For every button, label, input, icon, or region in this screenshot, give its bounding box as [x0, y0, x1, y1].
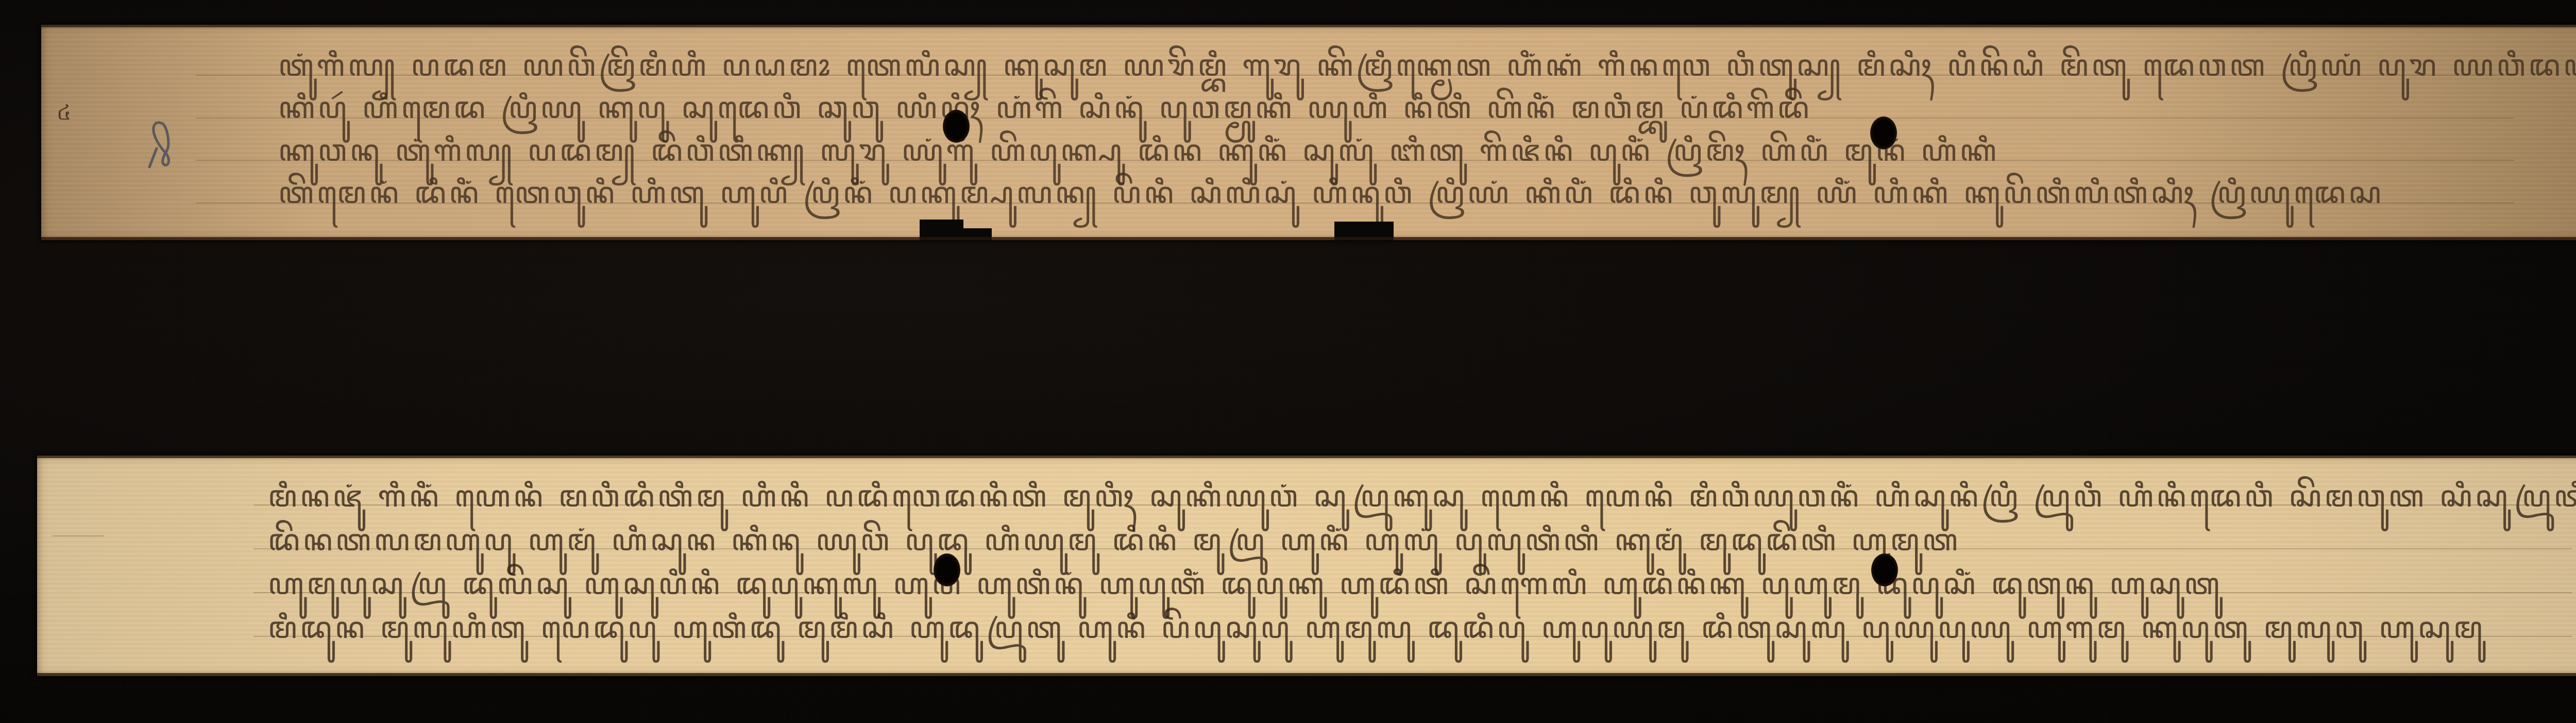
script-line-4: ꦩꦶꦢꦸꦤ ꦩꦸꦭꦸꦲꦶꦠꦸ ꦥꦺꦢꦸꦥꦸ ꦲꦸꦠꦶꦢꦸ ꦩꦸꦩꦶꦱꦶ ꦲꦸꦢꦸ… [268, 613, 2485, 643]
script-line-4: ꦠꦼꦩꦺꦤꦁ ꦢꦶꦤꦶꦁ ꦠꦺꦮꦸꦤꦶ ꦲꦶꦠꦸ ꦲꦸꦥꦶ ꦥꦿꦶꦤꦶꦁ ꦥꦏꦸ… [278, 178, 2384, 208]
script-line-1: ꦩꦶꦤꦗꦸꦁ ꦒꦶꦤꦶꦁ ꦲꦺꦤꦶ ꦩꦮꦶꦢꦶꦠꦶꦩꦸ ꦲꦶꦤꦶ ꦥꦢꦶꦮꦺꦢꦤ… [268, 481, 2576, 511]
palm-leaf-bottom: ꦩꦶꦤꦗꦸꦁ ꦒꦶꦤꦶꦁ ꦲꦺꦤꦶ ꦩꦮꦶꦢꦶꦠꦶꦩꦸ ꦲꦶꦤꦶ ꦥꦢꦶꦮꦺꦢꦤ… [37, 456, 2576, 676]
palm-leaf-top: ៤ ꦠꦸꦁꦒꦶꦭ꧀ ꦥꦢꦩ ꦪꦮꦼꦩꦿꦼꦩꦶꦲꦶ ꦥꦝꦩꦴ ꦠꦺꦭꦶꦱ꧀ ꦏꦸꦱ… [41, 25, 2576, 240]
script-line-3: ꦲꦸꦩꦸꦥꦸꦱꦸꦥꦿꦸ ꦢꦸꦭꦼꦱꦸ ꦲꦸꦱꦸꦥꦶꦤꦶ ꦢꦸꦥꦸꦏꦸꦭꦸ ꦲꦸꦥ… [268, 569, 2223, 599]
damaged-edge [1334, 222, 1394, 240]
folio-number: ៤ [57, 99, 71, 130]
string-hole [943, 110, 970, 143]
string-hole [934, 553, 960, 586]
damaged-edge [920, 220, 963, 240]
pencil-loop-mark-icon [144, 119, 180, 170]
string-hole [1870, 116, 1897, 149]
ruling-line [53, 535, 104, 536]
script-line-2: ꦢꦼꦤꦠꦭꦩꦲꦸꦥꦸ ꦲꦸꦩꦸꦁ ꦲꦶꦱꦸꦤ ꦏꦶꦤꦸ ꦪꦸꦮꦼ ꦥꦸꦢꦸ ꦲꦶ… [268, 525, 1961, 555]
script-line-1: ꦠꦸꦁꦒꦶꦭ꧀ ꦥꦢꦩ ꦪꦮꦼꦩꦿꦼꦩꦶꦲꦶ ꦥꦝꦩꦴ ꦠꦺꦭꦶꦱ꧀ ꦏꦸꦱꦸꦩ… [278, 51, 2576, 80]
script-line-2: ꦏꦶꦥꦸꦂ ꦲꦶꦩꦺꦢ ꦥꦿꦶꦪꦸ ꦏꦸꦥꦸ ꦱꦸꦢꦺꦮꦶ ꦕꦸꦮꦸ ꦪꦶꦤꦶꦃ… [278, 93, 1812, 123]
script-line-3: ꦏꦸꦮꦤꦸ ꦠꦸꦁꦒꦶꦭ꧀ ꦥꦢꦩ꧀ ꦢꦼꦮꦶꦠꦶꦏ꧀ ꦭꦸꦫꦸ ꦪꦸꦁꦒꦸꦁ … [278, 136, 1999, 165]
string-hole [1871, 553, 1898, 586]
damaged-edge [961, 228, 992, 240]
